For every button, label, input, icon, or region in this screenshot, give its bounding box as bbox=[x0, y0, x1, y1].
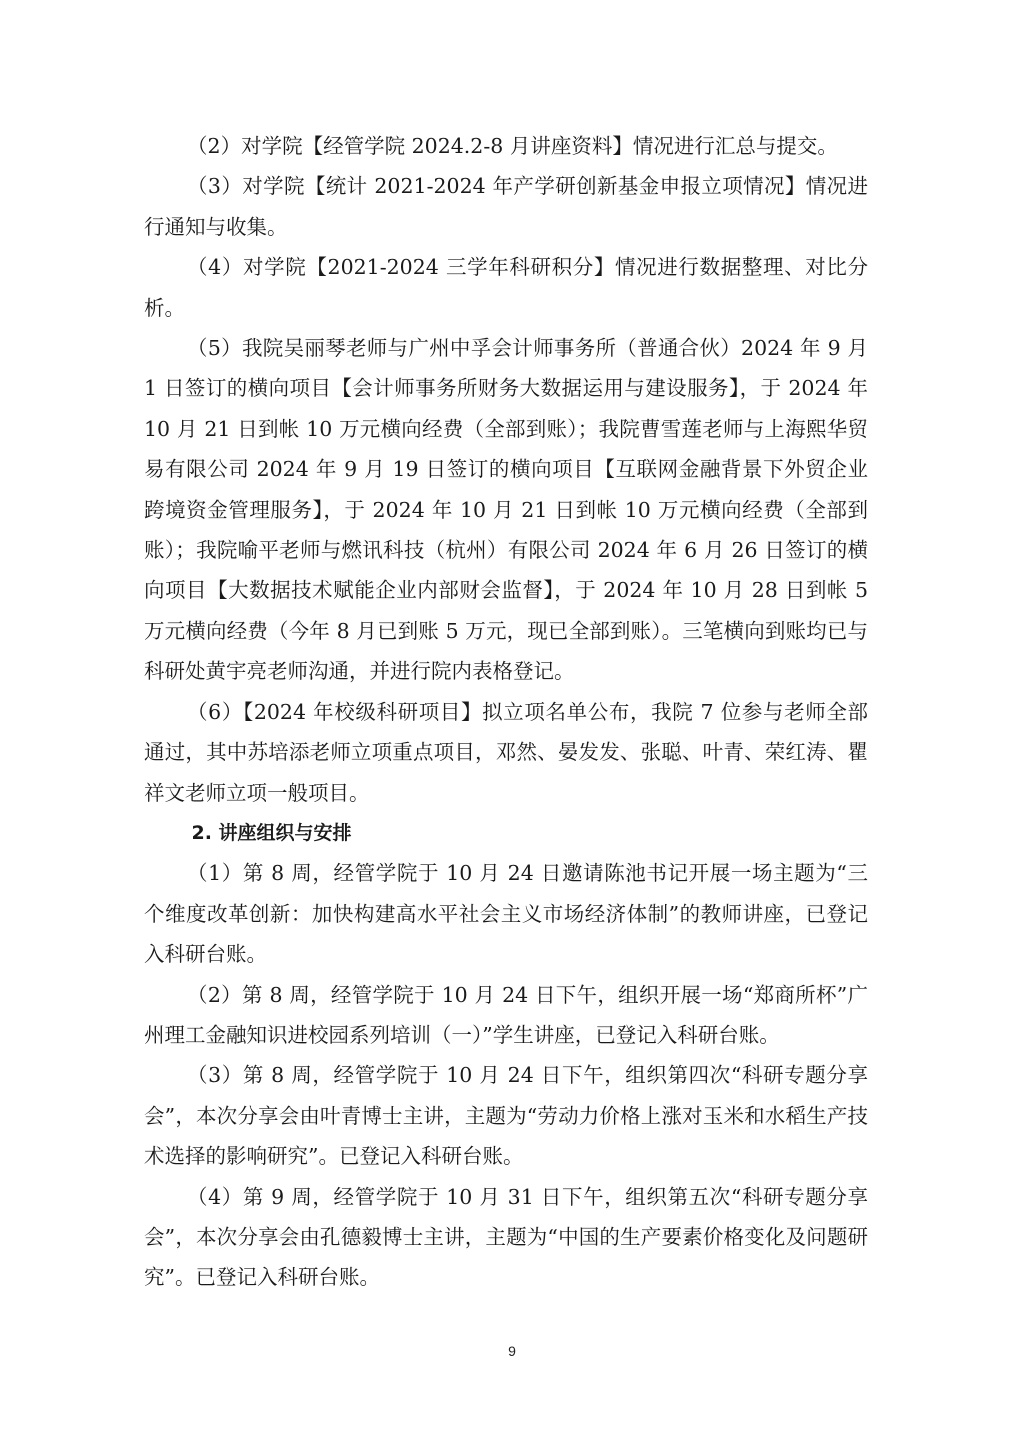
paragraph-item-4: （4）对学院【2021-2024 三学年科研积分】情况进行数据整理、对比分析。 bbox=[144, 247, 868, 328]
paragraph-item-2: （2）对学院【经管学院 2024.2-8 月讲座资料】情况进行汇总与提交。 bbox=[144, 126, 868, 166]
section-heading: 2. 讲座组织与安排 bbox=[144, 813, 868, 853]
document-body: （2）对学院【经管学院 2024.2-8 月讲座资料】情况进行汇总与提交。 （3… bbox=[144, 126, 868, 1298]
page-number: 9 bbox=[0, 1343, 1024, 1359]
lecture-item-1: （1）第 8 周，经管学院于 10 月 24 日邀请陈池书记开展一场主题为“三个… bbox=[144, 853, 868, 974]
paragraph-item-3: （3）对学院【统计 2021-2024 年产学研创新基金申报立项情况】情况进行通… bbox=[144, 166, 868, 247]
lecture-item-3: （3）第 8 周，经管学院于 10 月 24 日下午，组织第四次“科研专题分享会… bbox=[144, 1055, 868, 1176]
paragraph-item-5: （5）我院吴丽琴老师与广州中孚会计师事务所（普通合伙）2024 年 9 月 1 … bbox=[144, 328, 868, 692]
lecture-item-2: （2）第 8 周，经管学院于 10 月 24 日下午，组织开展一场“郑商所杯”广… bbox=[144, 975, 868, 1056]
lecture-item-4: （4）第 9 周，经管学院于 10 月 31 日下午，组织第五次“科研专题分享会… bbox=[144, 1177, 868, 1298]
paragraph-item-6: （6）【2024 年校级科研项目】拟立项名单公布，我院 7 位参与老师全部通过，… bbox=[144, 692, 868, 813]
